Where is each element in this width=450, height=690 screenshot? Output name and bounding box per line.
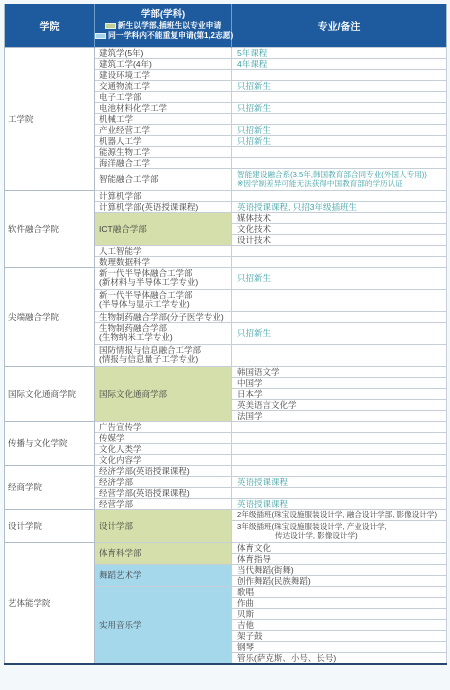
table-row: 艺体能学院体育科学部体育文化 — [5, 542, 447, 553]
college-cell: 软件融合学院 — [5, 190, 95, 267]
table-row: 设计学院设计学部2年级插班(珠宝设施服装设计学, 融合设计学部, 影像设计学) — [5, 509, 447, 520]
note-cell: 4年课程 — [232, 58, 447, 69]
dept-cell: 机器人工学 — [95, 135, 232, 146]
note-cell: 3年级插班(珠宝设施服装设计学, 产业设计学, 传达设计学, 影像设计学) — [232, 520, 447, 542]
note-cell — [232, 157, 447, 168]
green-swatch-icon — [105, 23, 116, 29]
legend-item-no-repeat: 同一学科内不能重复申请(第1,2志愿) — [95, 31, 231, 41]
blue-swatch-icon — [95, 33, 106, 39]
legend-freshman-label: 新生以学部,插班生以专业申请 — [118, 21, 222, 30]
header-college-label: 学院 — [40, 22, 60, 33]
note-cell — [232, 245, 447, 256]
note-cell: 中国学 — [232, 377, 447, 388]
dept-cell: 计算机学部(英语授课课程) — [95, 201, 232, 212]
dept-cell: 经济学部(英语授课课程) — [95, 465, 232, 476]
note-cell: 媒体技术 — [232, 212, 447, 223]
note-cell — [232, 113, 447, 124]
note-cell: 只招新生 — [232, 80, 447, 91]
note-cell: 英语授课课程, 只招3年级插班生 — [232, 201, 447, 212]
note-cell: 歌唱 — [232, 586, 447, 597]
note-cell — [232, 69, 447, 80]
college-cell: 工学院 — [5, 47, 95, 190]
dept-cell: 文化人类学 — [95, 443, 232, 454]
header-dept-title: 学部(学科) — [95, 9, 231, 21]
table-row: 经商学院经济学部(英语授课课程) — [5, 465, 447, 476]
note-cell: 体育指导 — [232, 553, 447, 564]
college-cell: 尖端融合学院 — [5, 267, 95, 366]
note-cell — [232, 432, 447, 443]
table-row: 软件融合学院计算机学部 — [5, 190, 447, 201]
dept-cell: 实用音乐学 — [95, 586, 232, 664]
dept-cell: 智能融合工学部 — [95, 168, 232, 190]
note-cell: 5年课程 — [232, 47, 447, 58]
admissions-sheet: 学院 学部(学科) 新生以学部,插班生以专业申请 同一学科内不能重复申请(第1,… — [4, 4, 446, 665]
note-cell — [232, 421, 447, 432]
admissions-table: 学院 学部(学科) 新生以学部,插班生以专业申请 同一学科内不能重复申请(第1,… — [4, 4, 447, 665]
note-cell — [232, 311, 447, 322]
dept-cell: ICT融合学部 — [95, 212, 232, 245]
table-row: 尖端融合学院新一代半导体融合工学部 (新材料与半导体工学专业)只招新生 — [5, 267, 447, 289]
note-cell: 吉他 — [232, 619, 447, 630]
dept-cell: 机械工学 — [95, 113, 232, 124]
note-cell: 只招新生 — [232, 124, 447, 135]
table-body: 工学院建筑学(5年)5年课程建筑工学(4年)4年课程建设环境工学交通物流工学只招… — [5, 47, 447, 664]
dept-cell: 文化内容学 — [95, 454, 232, 465]
legend-item-freshman: 新生以学部,插班生以专业申请 — [95, 21, 231, 31]
college-cell: 经商学院 — [5, 465, 95, 509]
dept-cell: 计算机学部 — [95, 190, 232, 201]
dept-cell: 生物制药融合学部 (生物纳米工学专业) — [95, 322, 232, 344]
note-cell: 文化技术 — [232, 223, 447, 234]
legend-no-repeat-label: 同一学科内不能重复申请(第1,2志愿) — [108, 31, 233, 40]
dept-cell: 产业经营工学 — [95, 124, 232, 135]
note-cell: 创作舞蹈(民族舞蹈) — [232, 575, 447, 586]
dept-cell: 新一代半导体融合工学部 (新材料与半导体工学专业) — [95, 267, 232, 289]
dept-cell: 广告宣传学 — [95, 421, 232, 432]
dept-cell: 新一代半导体融合工学部 (半导体与显示工学专业) — [95, 289, 232, 311]
college-cell: 设计学院 — [5, 509, 95, 542]
dept-cell: 电子工学部 — [95, 91, 232, 102]
dept-cell: 经营学部(英语授课课程) — [95, 487, 232, 498]
dept-cell: 国防情报与信息融合工学部 (情报与信息量子工学专业) — [95, 344, 232, 366]
note-cell: 只招新生 — [232, 267, 447, 289]
note-cell: 当代舞蹈(街舞) — [232, 564, 447, 575]
note-cell: 管乐(萨克斯、小号、长号) — [232, 652, 447, 664]
dept-cell: 国际文化通商学部 — [95, 366, 232, 421]
note-cell — [232, 91, 447, 102]
dept-cell: 数理数据科学 — [95, 256, 232, 267]
note-cell: 钢琴 — [232, 641, 447, 652]
note-cell — [232, 190, 447, 201]
dept-cell: 舞蹈艺术学 — [95, 564, 232, 586]
note-cell — [232, 344, 447, 366]
table-row: 工学院建筑学(5年)5年课程 — [5, 47, 447, 58]
note-cell: 只招新生 — [232, 135, 447, 146]
note-cell — [232, 454, 447, 465]
note-cell — [232, 465, 447, 476]
dept-cell: 能源生物工学 — [95, 146, 232, 157]
note-cell — [232, 256, 447, 267]
header-major-label: 专业/备注 — [318, 22, 361, 33]
header-dept: 学部(学科) 新生以学部,插班生以专业申请 同一学科内不能重复申请(第1,2志愿… — [95, 4, 232, 47]
header-college: 学院 — [5, 4, 95, 47]
note-cell: 作曲 — [232, 597, 447, 608]
note-cell: 设计技术 — [232, 234, 447, 245]
table-row: 国际文化通商学院国际文化通商学部韩国语文学 — [5, 366, 447, 377]
note-cell — [232, 289, 447, 311]
dept-cell: 生物制药融合学部(分子医学专业) — [95, 311, 232, 322]
note-cell: 智能建设融合系(3.5年,韩国教育部合同专业(外国人专用)) ※因学制差异可能无… — [232, 168, 447, 190]
table-header: 学院 学部(学科) 新生以学部,插班生以专业申请 同一学科内不能重复申请(第1,… — [5, 4, 447, 47]
dept-cell: 建筑工学(4年) — [95, 58, 232, 69]
note-cell: 贝斯 — [232, 608, 447, 619]
note-cell: 体育文化 — [232, 542, 447, 553]
dept-cell: 交通物流工学 — [95, 80, 232, 91]
note-cell: 日本学 — [232, 388, 447, 399]
dept-cell: 设计学部 — [95, 509, 232, 542]
note-cell: 英语授课课程 — [232, 498, 447, 509]
dept-cell: 传媒学 — [95, 432, 232, 443]
dept-cell: 人工智能学 — [95, 245, 232, 256]
college-cell: 艺体能学院 — [5, 542, 95, 664]
note-cell — [232, 487, 447, 498]
college-cell: 国际文化通商学院 — [5, 366, 95, 421]
dept-cell: 电池材料化学工学 — [95, 102, 232, 113]
note-cell — [232, 146, 447, 157]
dept-cell: 建设环境工学 — [95, 69, 232, 80]
dept-cell: 经济学部 — [95, 476, 232, 487]
note-cell: 架子鼓 — [232, 630, 447, 641]
dept-cell: 经营学部 — [95, 498, 232, 509]
note-cell: 2年级插班(珠宝设施服装设计学, 融合设计学部, 影像设计学) — [232, 509, 447, 520]
note-cell — [232, 443, 447, 454]
note-cell: 英语授课课程 — [232, 476, 447, 487]
table-row: 传播与文化学院广告宣传学 — [5, 421, 447, 432]
note-cell: 英美语言文化学 — [232, 399, 447, 410]
dept-cell: 海洋融合工学 — [95, 157, 232, 168]
header-major: 专业/备注 — [232, 4, 447, 47]
college-cell: 传播与文化学院 — [5, 421, 95, 465]
note-cell: 韩国语文学 — [232, 366, 447, 377]
note-cell: 法国学 — [232, 410, 447, 421]
dept-cell: 建筑学(5年) — [95, 47, 232, 58]
note-cell: 只招新生 — [232, 102, 447, 113]
dept-cell: 体育科学部 — [95, 542, 232, 564]
note-cell: 只招新生 — [232, 322, 447, 344]
